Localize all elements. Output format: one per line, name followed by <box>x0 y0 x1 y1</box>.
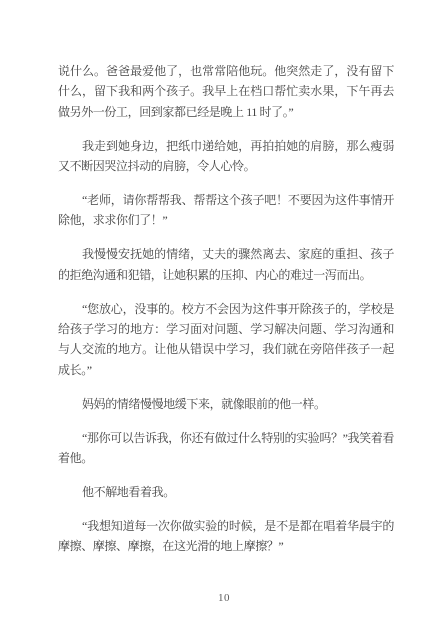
page-footer: 10 <box>0 588 448 640</box>
paragraph-list: 说什么。爸爸最爱他了，也常常陪他玩。他突然走了，没有留下什么，留下我和两个孩子。… <box>58 61 394 570</box>
page-number: 10 <box>218 592 230 604</box>
paragraph: “您放心，没事的。校方不会因为这件事开除孩子的，学校是给孩子学习的地方：学习面对… <box>58 299 394 381</box>
paragraph: “我想知道每一次你做实验的时候，是不是都在唱着华晨宇的摩擦、摩擦、摩擦，在这光滑… <box>58 516 394 557</box>
paragraph: 我走到她身边，把纸巾递给她，再拍拍她的肩膀，那么瘦弱又不断因哭泣抖动的肩膀，令人… <box>58 136 394 177</box>
document-page: 说什么。爸爸最爱他了，也常常陪他玩。他突然走了，没有留下什么，留下我和两个孩子。… <box>0 0 448 640</box>
paragraph: “老师，请你帮帮我、帮帮这个孩子吧！不要因为这件事情开除他，求求你们了！” <box>58 190 394 231</box>
paragraph: 他不解地看着我。 <box>58 482 394 502</box>
paragraph: 我慢慢安抚她的情绪，丈夫的骤然离去、家庭的重担、孩子的拒绝沟通和犯错，让她积累的… <box>58 244 394 285</box>
paragraph: 妈妈的情绪慢慢地缓下来，就像眼前的他一样。 <box>58 394 394 414</box>
paragraph: 说什么。爸爸最爱他了，也常常陪他玩。他突然走了，没有留下什么，留下我和两个孩子。… <box>58 61 394 122</box>
paragraph: “那你可以告诉我，你还有做过什么特别的实验吗？”我笑着看着他。 <box>58 428 394 469</box>
